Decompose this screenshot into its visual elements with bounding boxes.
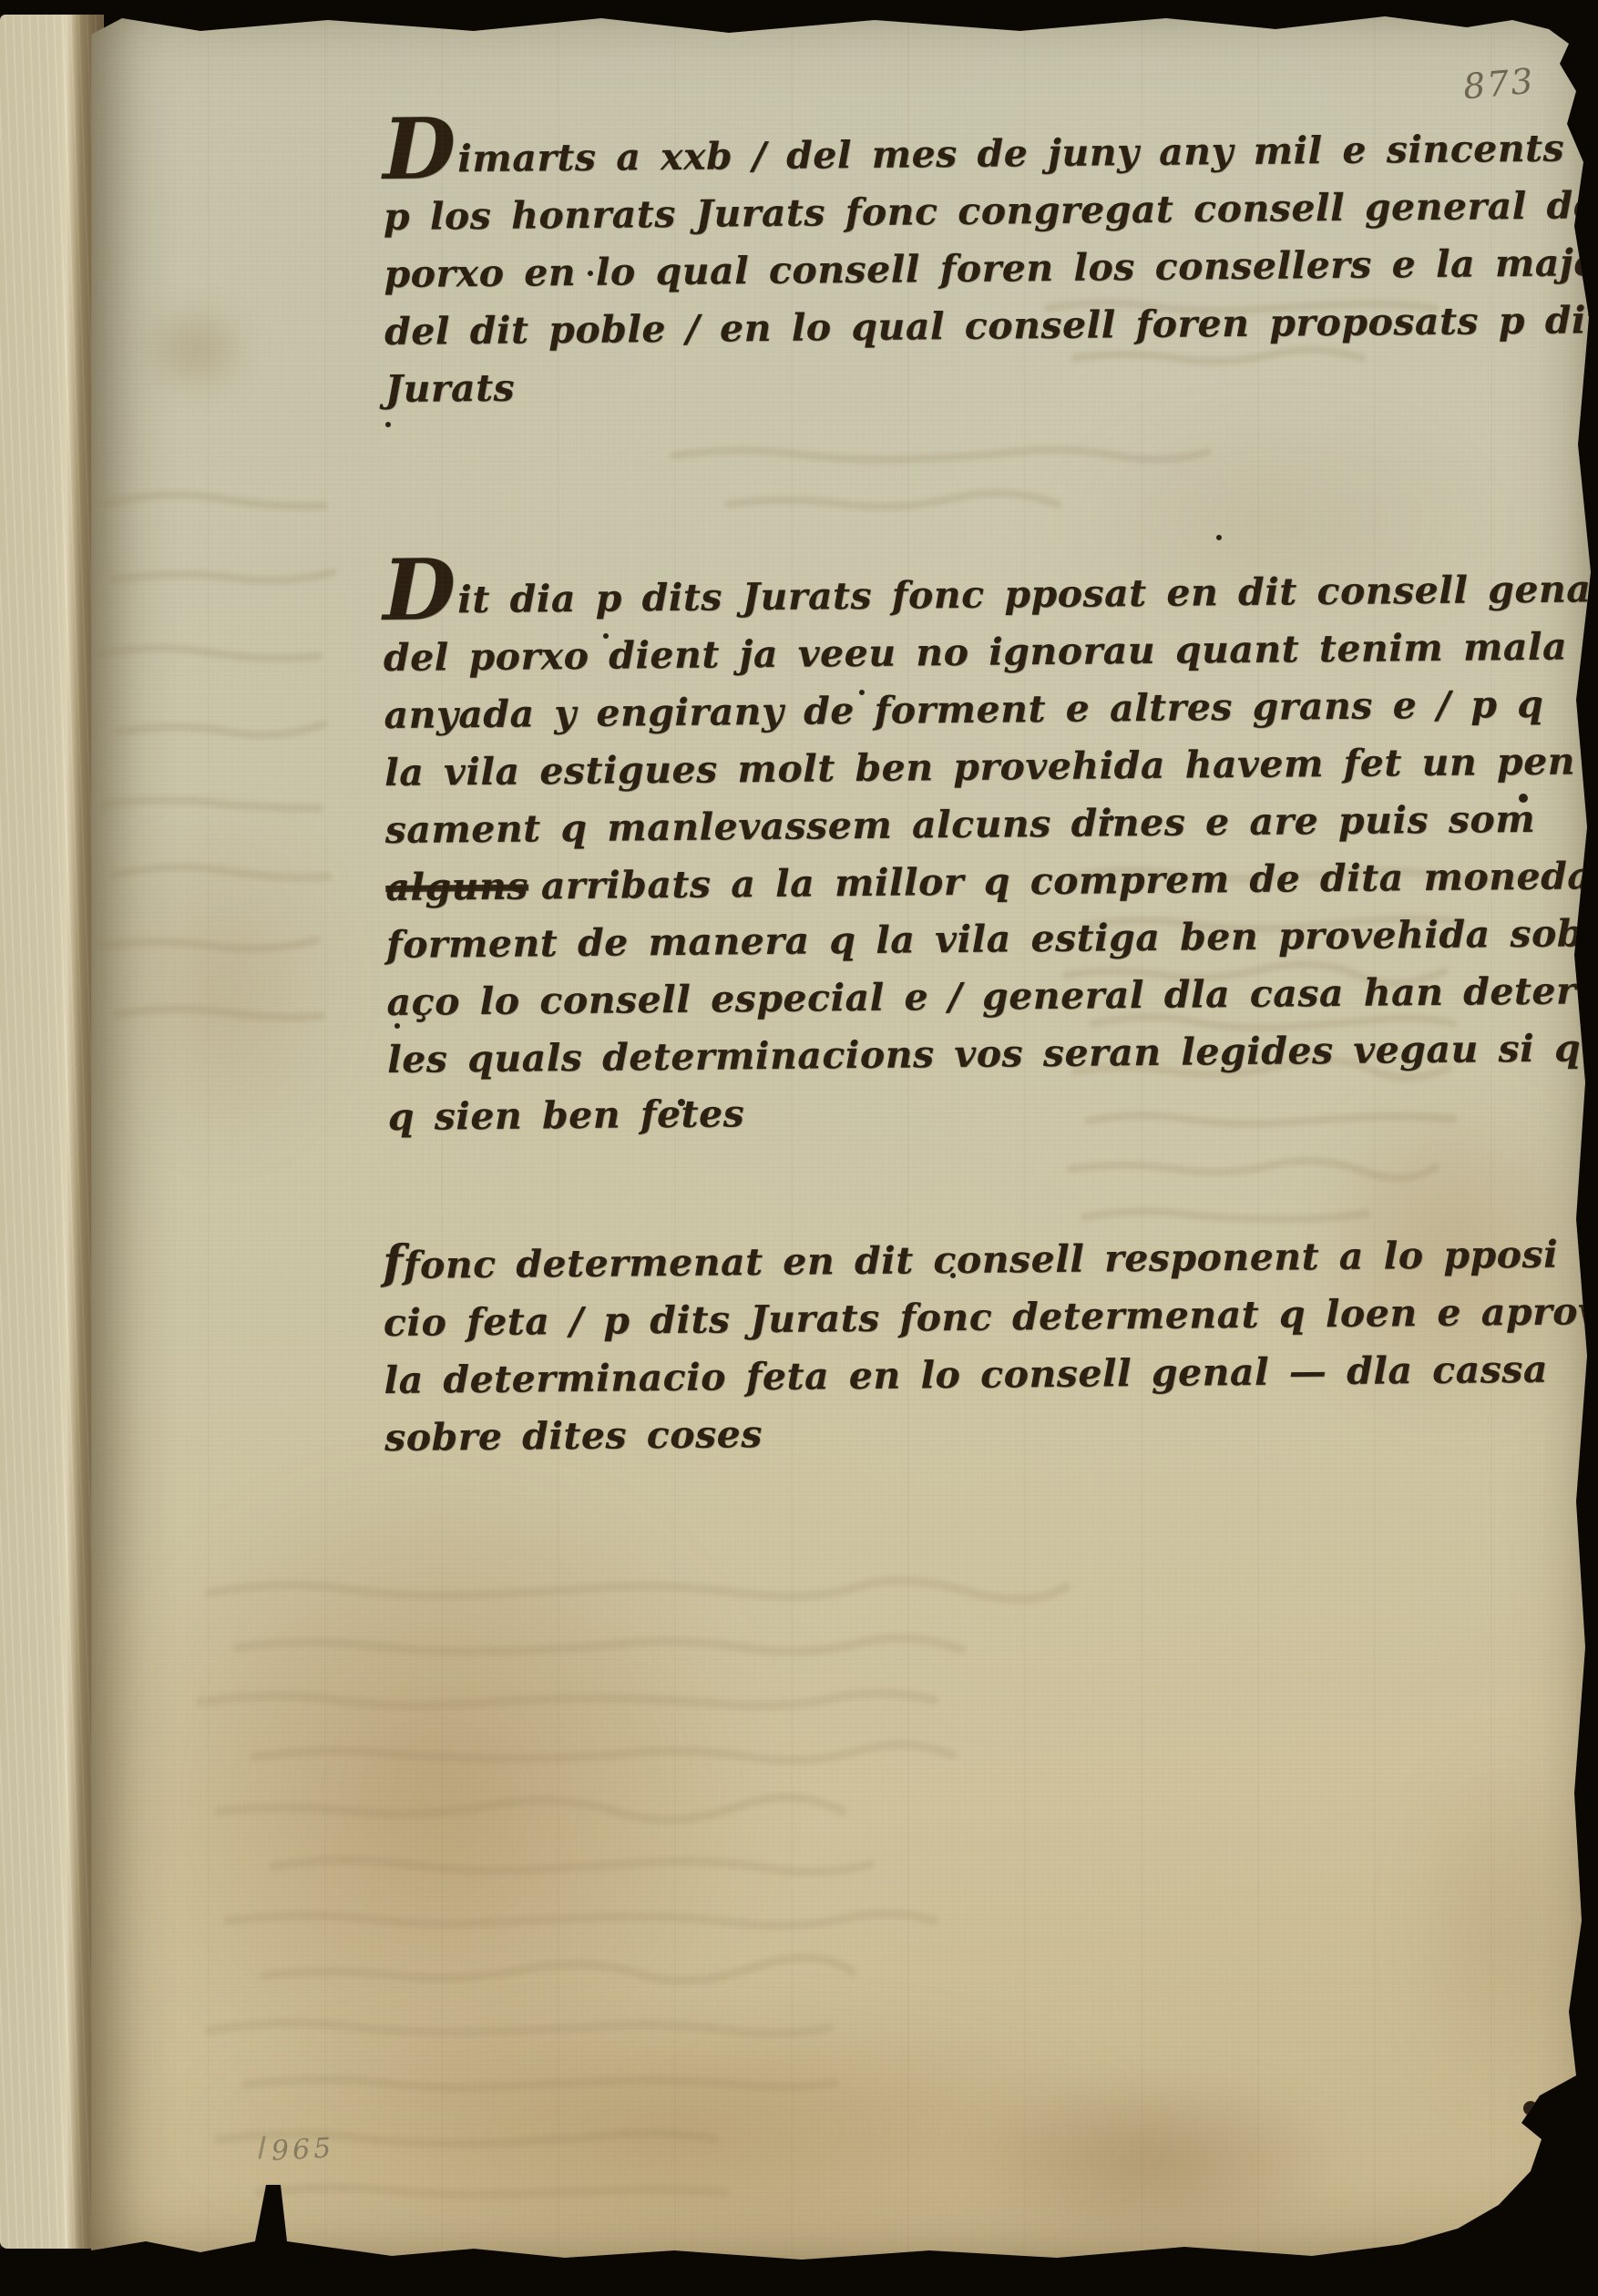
paragraph-session-heading: Dimarts a xxb / del mes de juny any mil … xyxy=(383,117,1598,418)
stain xyxy=(91,809,355,1164)
facing-page-edge xyxy=(0,15,104,2249)
manuscript-line-rest: arribats a la millor q comprem de dita m… xyxy=(541,854,1593,907)
archival-number: 965 xyxy=(271,2132,335,2168)
manuscript-line: la determinacio feta en lo consell genal… xyxy=(384,1340,1598,1409)
pencil-mark xyxy=(258,2136,265,2159)
stain xyxy=(957,2066,1348,2258)
folio-number: 873 xyxy=(1461,61,1536,108)
stain xyxy=(164,1994,1166,2267)
manuscript-line: les quals determinacions vos seran legid… xyxy=(387,1019,1598,1089)
stain xyxy=(91,1447,784,2139)
manuscript-scan: 873 Dimarts a xxb / del mes de juny any … xyxy=(0,0,1598,2296)
paragraph-resolution: ffonc determenat en dit consell responen… xyxy=(383,1225,1598,1467)
struck-word: alguns xyxy=(385,864,528,909)
manuscript-line: q sien ben fetes xyxy=(387,1076,1598,1146)
paragraph-proposal: Dit dia p dits Jurats fonc pposat en dit… xyxy=(383,559,1598,1146)
ghost-line-group xyxy=(200,1581,1066,2195)
stain xyxy=(1403,1738,1598,2121)
stain xyxy=(137,299,255,399)
ink-speck-group xyxy=(385,271,1538,2116)
manuscript-line: sobre dites coses xyxy=(384,1398,1598,1467)
manuscript-page: 873 Dimarts a xxb / del mes de juny any … xyxy=(91,7,1594,2270)
